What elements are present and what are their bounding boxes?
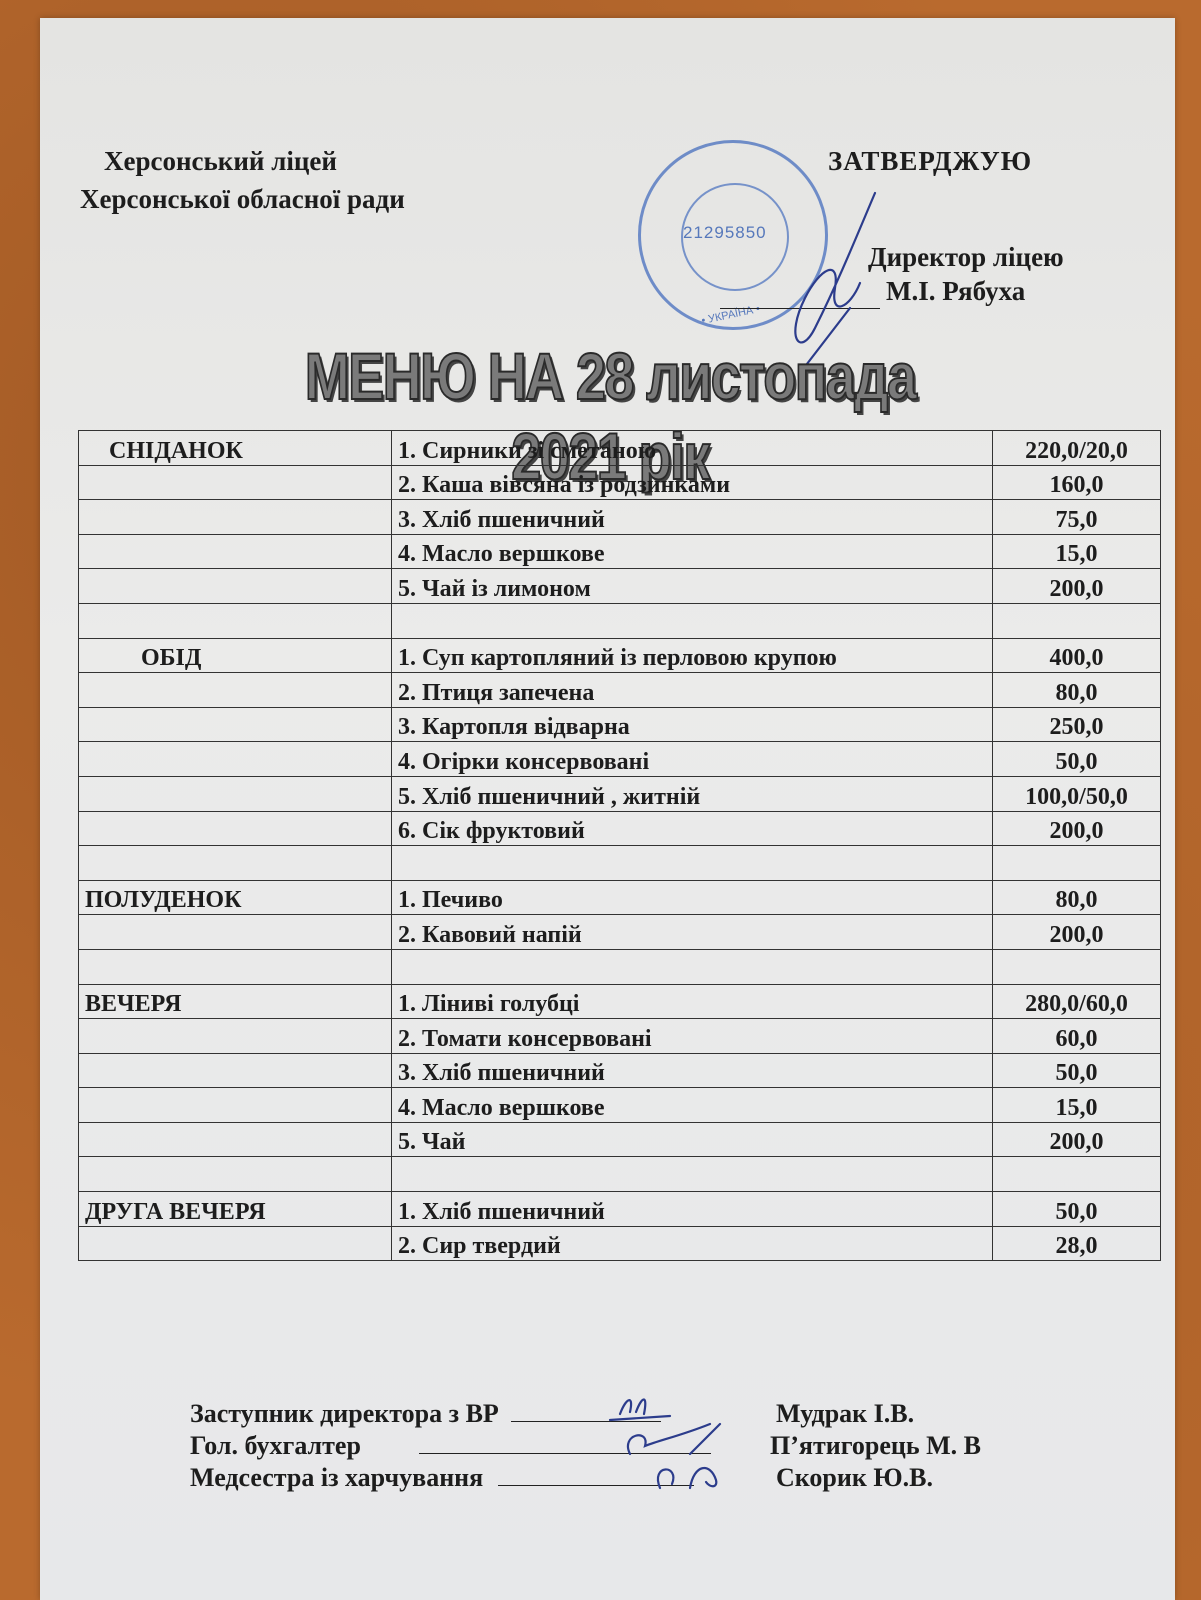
menu-row: ПОЛУДЕНОК1. Печиво80,0 (79, 880, 1161, 915)
menu-row: 3. Хліб пшеничний75,0 (79, 500, 1161, 535)
dish-cell: 5. Чай із лимоном (392, 569, 993, 604)
signer-name: П’ятигорець М. В (770, 1430, 981, 1462)
dish-cell: 2. Каша вівсяна із родзинками (392, 465, 993, 500)
dish-cell (392, 603, 993, 638)
meal-cell (79, 500, 392, 535)
stamp-code: 21295850 (683, 223, 767, 243)
quantity-cell: 50,0 (993, 1192, 1161, 1227)
organization-line-2: Херсонської обласної ради (80, 180, 405, 218)
signer-name: Мудрак І.В. (776, 1398, 914, 1430)
menu-row: 2. Томати консервовані60,0 (79, 1019, 1161, 1054)
menu-row: 5. Чай із лимоном200,0 (79, 569, 1161, 604)
approval-name: М.І. Рябуха (886, 272, 1025, 310)
menu-row: ДРУГА ВЕЧЕРЯ1. Хліб пшеничний50,0 (79, 1192, 1161, 1227)
dish-cell: 1. Суп картопляний із перловою крупою (392, 638, 993, 673)
menu-row: 5. Чай200,0 (79, 1122, 1161, 1157)
quantity-cell: 80,0 (993, 880, 1161, 915)
meal-cell (79, 1122, 392, 1157)
dish-cell: 1. Ліниві голубці (392, 984, 993, 1019)
meal-cell (79, 1226, 392, 1261)
meal-cell (79, 1019, 392, 1054)
menu-spacer-row (79, 603, 1161, 638)
meal-cell: ВЕЧЕРЯ (79, 984, 392, 1019)
menu-spacer-row (79, 1157, 1161, 1192)
dish-cell: 4. Огірки консервовані (392, 742, 993, 777)
stamp-country: • УКРАЇНА • (700, 303, 761, 327)
quantity-cell: 280,0/60,0 (993, 984, 1161, 1019)
menu-row: 2. Кавовий напій200,0 (79, 915, 1161, 950)
approval-title: ЗАТВЕРДЖУЮ (828, 142, 1128, 180)
dish-cell: 5. Чай (392, 1122, 993, 1157)
approval-block: ЗАТВЕРДЖУЮ Директор ліцею М.І. Рябуха (828, 142, 1128, 180)
quantity-cell (993, 603, 1161, 638)
quantity-cell: 75,0 (993, 500, 1161, 535)
menu-row: 2. Каша вівсяна із родзинками160,0 (79, 465, 1161, 500)
meal-cell (79, 603, 392, 638)
menu-row: СНІДАНОК1. Сирники зі сметаною220,0/20,0 (79, 431, 1161, 466)
quantity-cell (993, 949, 1161, 984)
meal-cell (79, 776, 392, 811)
quantity-cell: 250,0 (993, 707, 1161, 742)
quantity-cell: 50,0 (993, 742, 1161, 777)
menu-row: 4. Масло вершкове15,0 (79, 534, 1161, 569)
meal-cell (79, 1088, 392, 1123)
quantity-cell: 220,0/20,0 (993, 431, 1161, 466)
dish-cell: 4. Масло вершкове (392, 1088, 993, 1123)
signer-role: Гол. бухгалтер (190, 1430, 361, 1462)
signer-name: Скорик Ю.В. (776, 1462, 933, 1494)
meal-cell (79, 742, 392, 777)
quantity-cell: 160,0 (993, 465, 1161, 500)
signer-role: Заступник директора з ВР (190, 1398, 499, 1430)
dish-cell: 4. Масло вершкове (392, 534, 993, 569)
organization-line-1: Херсонський ліцей (80, 142, 405, 180)
meal-cell (79, 465, 392, 500)
quantity-cell: 200,0 (993, 569, 1161, 604)
menu-row: 5. Хліб пшеничний , житній100,0/50,0 (79, 776, 1161, 811)
meal-cell: СНІДАНОК (79, 431, 392, 466)
dish-cell: 1. Хліб пшеничний (392, 1192, 993, 1227)
meal-cell (79, 915, 392, 950)
quantity-cell (993, 1157, 1161, 1192)
quantity-cell: 400,0 (993, 638, 1161, 673)
meal-cell: ОБІД (79, 638, 392, 673)
dish-cell: 2. Кавовий напій (392, 915, 993, 950)
dish-cell (392, 949, 993, 984)
dish-cell: 1. Сирники зі сметаною (392, 431, 993, 466)
meal-cell (79, 569, 392, 604)
menu-row: 2. Сир твердий28,0 (79, 1226, 1161, 1261)
dish-cell (392, 1157, 993, 1192)
dish-cell: 1. Печиво (392, 880, 993, 915)
meal-cell (79, 534, 392, 569)
dish-cell: 2. Сир твердий (392, 1226, 993, 1261)
meal-cell (79, 1053, 392, 1088)
meal-cell: ДРУГА ВЕЧЕРЯ (79, 1192, 392, 1227)
quantity-cell: 60,0 (993, 1019, 1161, 1054)
dish-cell: 5. Хліб пшеничний , житній (392, 776, 993, 811)
menu-row: ОБІД1. Суп картопляний із перловою крупо… (79, 638, 1161, 673)
quantity-cell: 80,0 (993, 673, 1161, 708)
menu-table: СНІДАНОК1. Сирники зі сметаною220,0/20,0… (78, 430, 1161, 1261)
meal-cell (79, 846, 392, 881)
dish-cell: 3. Картопля відварна (392, 707, 993, 742)
dish-cell: 2. Томати консервовані (392, 1019, 993, 1054)
signer-role: Медсестра із харчування (190, 1462, 483, 1494)
dish-cell: 3. Хліб пшеничний (392, 500, 993, 535)
menu-row: 6. Сік фруктовий200,0 (79, 811, 1161, 846)
signers-signatures-icon (590, 1384, 790, 1494)
quantity-cell: 200,0 (993, 915, 1161, 950)
meal-cell (79, 949, 392, 984)
dish-cell: 2. Птиця запечена (392, 673, 993, 708)
menu-spacer-row (79, 846, 1161, 881)
meal-cell: ПОЛУДЕНОК (79, 880, 392, 915)
document-page: Херсонський ліцей Херсонської обласної р… (40, 18, 1175, 1600)
menu-row: 4. Масло вершкове15,0 (79, 1088, 1161, 1123)
quantity-cell: 15,0 (993, 1088, 1161, 1123)
dish-cell: 6. Сік фруктовий (392, 811, 993, 846)
quantity-cell: 15,0 (993, 534, 1161, 569)
quantity-cell (993, 846, 1161, 881)
menu-row: ВЕЧЕРЯ1. Ліниві голубці280,0/60,0 (79, 984, 1161, 1019)
quantity-cell: 28,0 (993, 1226, 1161, 1261)
meal-cell (79, 707, 392, 742)
meal-cell (79, 673, 392, 708)
quantity-cell: 200,0 (993, 811, 1161, 846)
meal-cell (79, 811, 392, 846)
menu-row: 3. Картопля відварна250,0 (79, 707, 1161, 742)
dish-cell (392, 846, 993, 881)
menu-row: 4. Огірки консервовані50,0 (79, 742, 1161, 777)
menu-spacer-row (79, 949, 1161, 984)
quantity-cell: 200,0 (993, 1122, 1161, 1157)
meal-cell (79, 1157, 392, 1192)
quantity-cell: 50,0 (993, 1053, 1161, 1088)
organization-block: Херсонський ліцей Херсонської обласної р… (80, 142, 405, 218)
menu-row: 2. Птиця запечена80,0 (79, 673, 1161, 708)
signers-block: Заступник директора з ВР Мудрак І.В. Гол… (190, 1398, 711, 1494)
quantity-cell: 100,0/50,0 (993, 776, 1161, 811)
menu-row: 3. Хліб пшеничний50,0 (79, 1053, 1161, 1088)
dish-cell: 3. Хліб пшеничний (392, 1053, 993, 1088)
